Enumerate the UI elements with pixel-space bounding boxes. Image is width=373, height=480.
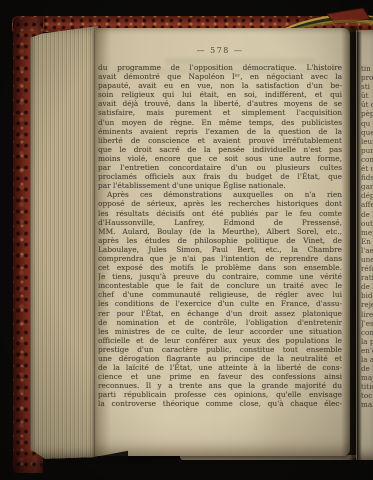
facing-text-line: de l'o <box>361 282 373 291</box>
facing-text-line: une <box>361 255 373 264</box>
facing-text-line: tition <box>361 382 373 391</box>
facing-text-line: En <box>361 237 373 246</box>
text-line: avait déjà trouvé, dans la liberté, d'au… <box>98 99 342 108</box>
facing-text-line: de l'e <box>361 364 373 373</box>
text-line: comprendra que je n'ai pas l'intention d… <box>98 254 342 263</box>
book-photo: — 578 — du programme de l'opposition dém… <box>0 0 373 480</box>
facing-text-line: la pla <box>361 337 373 346</box>
text-line: la controverse théorique comme close, qu… <box>98 399 342 408</box>
text-line: Après ces démonstrations auxquelles on n… <box>98 190 342 199</box>
text-line: Laboulaye, Jules Simon, Paul Bert, etc.,… <box>98 245 342 254</box>
text-line: liberté de conscience et avaient prouvé … <box>98 136 342 145</box>
facing-text-line: sti <box>361 82 373 91</box>
facing-text-line: réfor <box>361 264 373 273</box>
text-line: après les études de philosophie politiqu… <box>98 236 342 245</box>
text-line: que le droit sacré de la pensée individu… <box>98 145 342 154</box>
facing-text-line: majes <box>361 373 373 382</box>
text-line: par l'établissement d'une unique Église … <box>98 181 342 190</box>
page-edges <box>30 24 98 460</box>
facing-page-text: tinprostiûtût cpèpququeleurpurconcét ufi… <box>361 64 373 410</box>
text-line: par l'entretien concordataire d'un ou pl… <box>98 163 342 172</box>
facing-text-line: ût c <box>361 100 373 109</box>
text-line: les ministres de ce culte, de leur accor… <box>98 327 342 336</box>
facing-text-line: J'es <box>361 319 373 328</box>
facing-text-line: pèp <box>361 109 373 118</box>
facing-text-line: rejet <box>361 300 373 309</box>
facing-text-line: tin <box>361 64 373 73</box>
text-line: reconnues. Il y a trente ans que la gran… <box>98 381 342 390</box>
facing-text-line: com <box>361 328 373 337</box>
facing-text-line: ût <box>361 91 373 100</box>
facing-text-line: l'ae <box>361 246 373 255</box>
text-line: d'un moyen de règne. En même temps, des … <box>98 118 342 127</box>
text-line: les résultats décisifs ont été publiés p… <box>98 209 342 218</box>
facing-text-line: outr <box>361 219 373 228</box>
facing-text-line: mais <box>361 400 373 409</box>
text-line: parti républicain professe ces opinions,… <box>98 390 342 399</box>
text-line: éminents avaient repris l'examen de la q… <box>98 127 342 136</box>
facing-text-line: que <box>361 128 373 137</box>
text-line: MM. Aulard, Boulay (de la Meurthe), Albe… <box>98 227 342 236</box>
facing-text-line: ét u <box>361 164 373 173</box>
facing-text-line: dép <box>361 191 373 200</box>
facing-text-line: qu <box>361 119 373 128</box>
facing-text-line: toc r <box>361 391 373 400</box>
facing-text-line: de la <box>361 210 373 219</box>
text-line: avait démontré que Napoléon Iᵉʳ, en négo… <box>98 72 342 81</box>
text-line: proclamés officiels aux frais du budget … <box>98 172 342 181</box>
text-line: d'Haussonville, Lanfrey, Edmond de Press… <box>98 218 342 227</box>
text-line: cience et une prime en faveur des confes… <box>98 372 342 381</box>
text-line: prestige d'un caractère public, constitu… <box>98 345 342 354</box>
text-line: une dérogation flagrante au principe de … <box>98 354 342 363</box>
facing-text-line: leur <box>361 137 373 146</box>
facing-text-line: conc <box>361 155 373 164</box>
facing-text-line: bida <box>361 291 373 300</box>
text-line: incontestable que le fait de conclure un… <box>98 281 342 290</box>
facing-text-line: ratio <box>361 273 373 282</box>
text-line: papauté, avait eu en vue, non la satisfa… <box>98 81 342 90</box>
facing-text-line: lire <box>361 310 373 319</box>
facing-text-line: fids <box>361 173 373 182</box>
book-page: — 578 — du programme de l'opposition dém… <box>95 28 350 456</box>
text-line: cet exposé des motifs le problème dans s… <box>98 263 342 272</box>
facing-text-line: pro <box>361 73 373 82</box>
text-line: moins violé, encore que ce soit sous une… <box>98 154 342 163</box>
text-line: officielle et de leur conférer aux yeux … <box>98 336 342 345</box>
facing-text-line: la ap <box>361 355 373 364</box>
text-line: chef d'une communauté religieuse, de rég… <box>98 290 342 299</box>
body-text: du programme de l'opposition démocratiqu… <box>98 63 342 409</box>
text-line: Je tiens, jusqu'à preuve du contraire, c… <box>98 272 342 281</box>
text-line: de la laïcité de l'État, une atteinte à … <box>98 363 342 372</box>
facing-text-line: en'e <box>361 346 373 355</box>
text-line: de nomination et de contrôle, l'obligati… <box>98 318 342 327</box>
text-line: opposé de sérieux, après les recherches … <box>98 199 342 208</box>
facing-text-line: ment <box>361 228 373 237</box>
facing-page-strip: tinprostiûtût cpèpququeleurpurconcét ufi… <box>356 30 373 460</box>
text-line: les conditions de l'exercice d'un culte … <box>98 299 342 308</box>
text-line: soin religieux qui lui était, en soi, in… <box>98 90 342 99</box>
text-line: rer pour l'État, en échange d'un droit a… <box>98 309 342 318</box>
page-number: — 578 — <box>98 46 342 55</box>
facing-text-line: affec <box>361 200 373 209</box>
facing-text-line: gara <box>361 182 373 191</box>
facing-text-line: pur <box>361 146 373 155</box>
text-line: satisfaire, mais purement et simplement … <box>98 108 342 117</box>
text-line: du programme de l'opposition démocratiqu… <box>98 63 342 72</box>
